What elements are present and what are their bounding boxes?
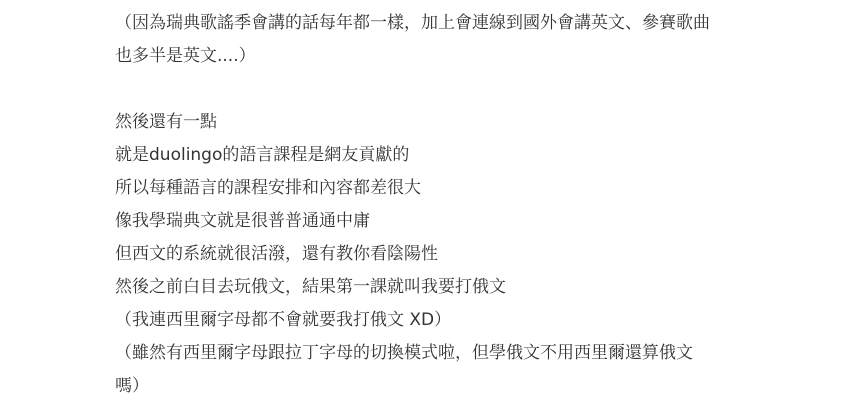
- text-line: 但西文的系統就很活潑，還有教你看陰陽性: [115, 238, 805, 271]
- text-line: 所以每種語言的課程安排和內容都差很大: [115, 172, 805, 205]
- article-body: （因為瑞典歌謠季會講的話每年都一樣，加上會連線到國外會講英文、參賽歌曲 也多半是…: [115, 7, 805, 403]
- text-line: 像我學瑞典文就是很普普通通中庸: [115, 205, 805, 238]
- text-line: （雖然有西里爾字母跟拉丁字母的切換模式啦，但學俄文不用西里爾還算俄文: [115, 337, 805, 370]
- text-line: 然後還有一點: [115, 106, 805, 139]
- text-line: 就是duolingo的語言課程是網友貢獻的: [115, 139, 805, 172]
- text-line: 嗎）: [115, 370, 805, 403]
- text-line: （因為瑞典歌謠季會講的話每年都一樣，加上會連線到國外會講英文、參賽歌曲: [115, 7, 805, 40]
- paragraph-spacer: [115, 73, 805, 106]
- text-line: 然後之前白目去玩俄文，結果第一課就叫我要打俄文: [115, 271, 805, 304]
- text-line: （我連西里爾字母都不會就要我打俄文 XD）: [115, 304, 805, 337]
- text-line: 也多半是英文....）: [115, 40, 805, 73]
